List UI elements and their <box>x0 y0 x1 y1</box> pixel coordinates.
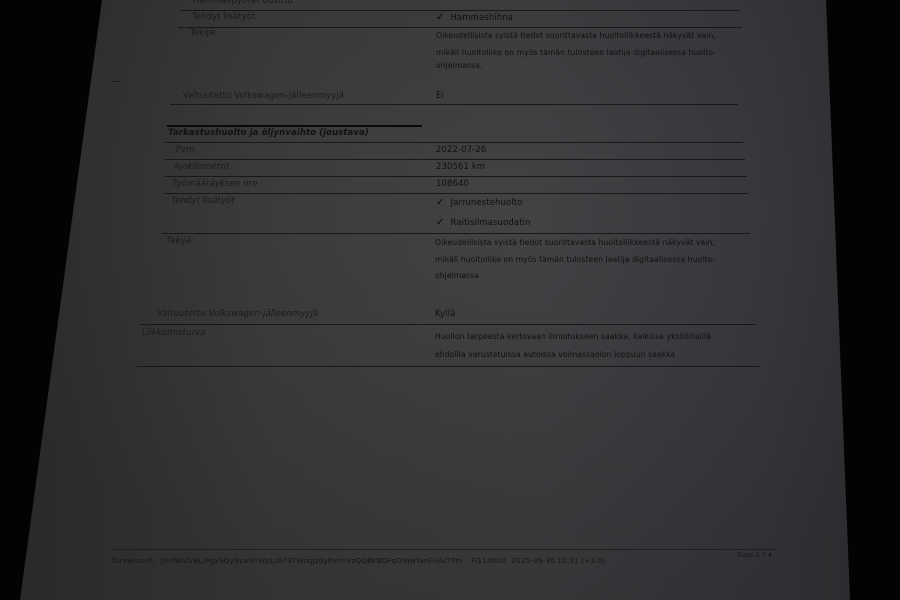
extra-work-item: ✓Raitisilmasuodatin <box>436 217 531 228</box>
prev-authorized-dealer-value: Ei <box>436 91 444 101</box>
prev-authorized-dealer-label: Valtuutettu Volkswagen-jälleenmyyjä <box>183 91 344 101</box>
prev-performer-label: Tekijä: <box>190 28 217 38</box>
performer-text-line-3: ohjelmassa. <box>435 271 481 280</box>
prev-performer-text-line-2: mikäli huoltoliike on myös tämän tuloste… <box>436 48 716 57</box>
prev-performer-text-line-3: ohjelmassa. <box>436 61 482 70</box>
prev-performer-text-line-1: Oikeudellisista syistä tiedot suorittava… <box>436 31 716 40</box>
mobility-label: Liikkumisturva <box>142 328 206 338</box>
footer-security: Turvakoodi: JmfNkUVBL/PgxSOy9ywX*WpLrA74… <box>111 556 605 565</box>
printed-page <box>0 0 900 600</box>
section-title-rule <box>167 125 422 127</box>
row-divider <box>180 10 740 11</box>
row-divider <box>165 159 745 160</box>
work-order-value: 108640 <box>436 179 469 189</box>
row-divider <box>178 27 742 28</box>
dealer-code: FI114000 <box>471 556 506 565</box>
mileage-label: Ajokilometrit <box>174 162 230 172</box>
section-title: Tarkastushuolto ja öljynvaihto (joustava… <box>168 128 369 138</box>
check-icon: ✓ <box>436 217 444 228</box>
mobility-text-line-1: Huollon tarpeesta kertovaan ilmoitukseen… <box>435 332 711 341</box>
check-icon: ✓ <box>436 12 444 23</box>
prev-extra-work-label: Tehdyt lisätyöt <box>192 12 256 22</box>
mileage-value: 230561 km <box>436 162 485 172</box>
extra-work-label: Tehdyt lisätyöt <box>171 196 235 206</box>
mobility-text-line-2: ehdoilla varustetuissa autoissa voimassa… <box>435 350 675 359</box>
performer-text-line-2: mikäli huoltoliike on myös tämän tuloste… <box>435 255 715 264</box>
security-code: JmfNkUVBL/PgxSOy9ywX*WpLrA74TWoqjz0yPafm… <box>161 556 463 565</box>
row-divider <box>164 193 748 194</box>
row-divider <box>165 142 743 143</box>
row-divider <box>162 233 750 234</box>
check-icon: ✓ <box>436 197 444 208</box>
row-divider <box>137 366 759 367</box>
prev-extra-work-item: ✓Hammashihna <box>436 12 513 23</box>
work-order-label: Työmääräyksen nro <box>172 179 258 189</box>
footer-rule <box>110 549 778 550</box>
row-divider <box>165 176 747 177</box>
authorized-dealer-value: Kyllä <box>435 309 455 319</box>
performer-label: Tekijä: <box>166 236 194 246</box>
row-divider <box>170 104 738 105</box>
margin-mark <box>112 81 120 82</box>
page-indicator: Sivu 1 / 4 <box>737 550 772 559</box>
printed-at: 2025-09-30 12:31 (+3.0) <box>511 556 605 565</box>
row-divider <box>140 324 755 325</box>
cutoff-row-label: Hammaspyörät uusittu <box>193 0 293 6</box>
performer-text-line-1: Oikeudellisista syistä tiedot suorittava… <box>435 238 715 247</box>
security-code-label: Turvakoodi: <box>111 556 155 565</box>
extra-work-item: ✓Jarrunestehuolto <box>436 197 523 208</box>
date-label: Pvm <box>176 145 195 155</box>
authorized-dealer-label: Valtuutettu Volkswagen-jälleenmyyjä <box>157 309 318 319</box>
date-value: 2022-07-26 <box>436 145 486 155</box>
